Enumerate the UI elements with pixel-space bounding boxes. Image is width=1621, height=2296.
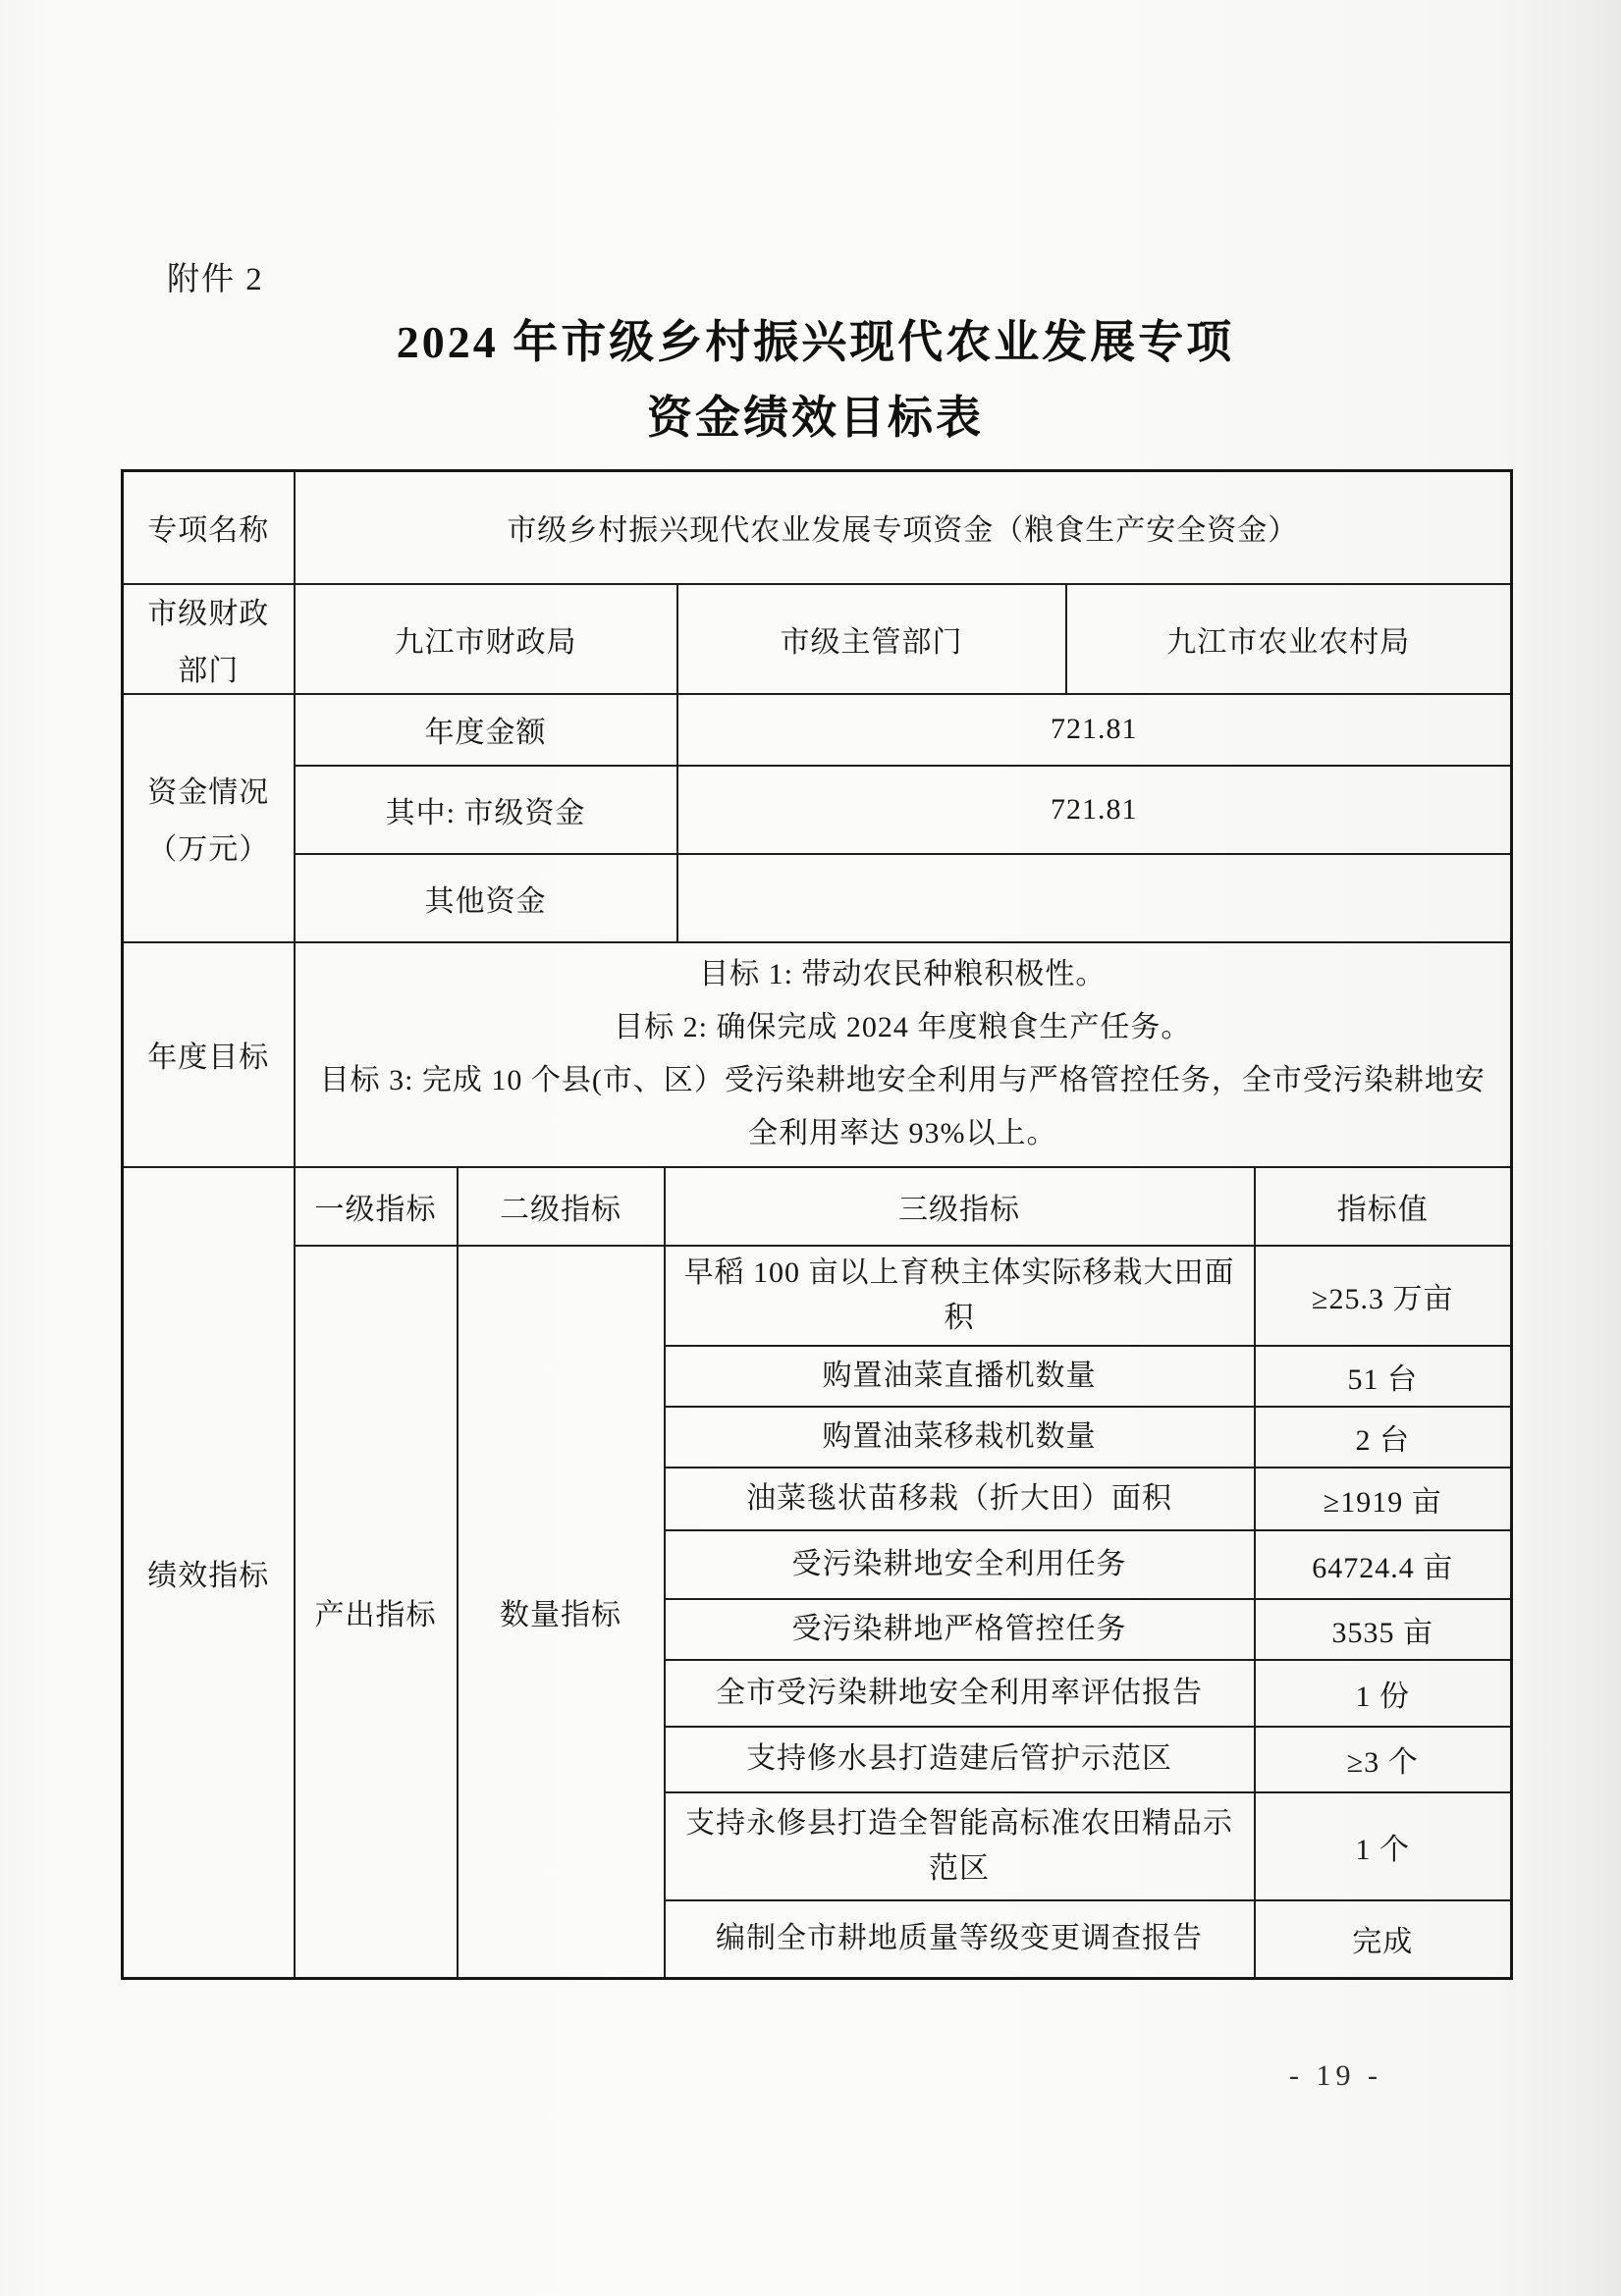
funds-row-other: 其他资金 — [123, 854, 1512, 942]
header-level3: 三级指标 — [665, 1167, 1255, 1246]
indicator-value: ≥25.3 万亩 — [1255, 1246, 1512, 1346]
header-level1: 一级指标 — [295, 1167, 458, 1246]
departments-row: 市级财政 部门 九江市财政局 市级主管部门 九江市农业农村局 — [123, 584, 1512, 694]
goal-item: 目标 3: 完成 10 个县(市、区）受污染耕地安全利用与严格管控任务，全市受污… — [305, 1054, 1501, 1160]
project-name-row: 专项名称 市级乡村振兴现代农业发展专项资金（粮食生产安全资金） — [123, 471, 1512, 584]
indicator-name: 支持修水县打造建后管护示范区 — [665, 1727, 1255, 1792]
indicator-name: 早稻 100 亩以上育秧主体实际移栽大田面积 — [665, 1246, 1255, 1346]
performance-target-table: 专项名称 市级乡村振兴现代农业发展专项资金（粮食生产安全资金） 市级财政 部门 … — [121, 469, 1513, 1980]
annual-goal-row: 年度目标 目标 1: 带动农民种粮积极性。 目标 2: 确保完成 2024 年度… — [123, 942, 1512, 1167]
indicator-name: 购置油菜直播机数量 — [665, 1346, 1255, 1407]
indicator-row: 产出指标 数量指标 早稻 100 亩以上育秧主体实际移栽大田面积 ≥25.3 万… — [123, 1246, 1512, 1346]
level1-cell: 产出指标 — [295, 1246, 458, 1979]
indicator-name: 受污染耕地严格管控任务 — [665, 1599, 1255, 1660]
project-name-value: 市级乡村振兴现代农业发展专项资金（粮食生产安全资金） — [295, 471, 1512, 584]
performance-label: 绩效指标 — [123, 1167, 295, 1979]
competent-dept-value: 九江市农业农村局 — [1066, 584, 1512, 694]
document-page: 附件 2 2024 年市级乡村振兴现代农业发展专项 资金绩效目标表 专项名称 市… — [0, 0, 1621, 2296]
annual-goal-content: 目标 1: 带动农民种粮积极性。 目标 2: 确保完成 2024 年度粮食生产任… — [295, 942, 1512, 1167]
funds-other-label: 其他资金 — [295, 854, 677, 942]
funds-label: 资金情况 （万元） — [123, 694, 295, 942]
funds-row-annual: 资金情况 （万元） 年度金额 721.81 — [123, 694, 1512, 766]
indicator-name: 油菜毯状苗移栽（折大田）面积 — [665, 1468, 1255, 1530]
header-level2: 二级指标 — [458, 1167, 665, 1246]
indicator-value: 64724.4 亩 — [1255, 1530, 1512, 1599]
doc-title-line2: 资金绩效目标表 — [121, 380, 1510, 455]
funds-row-municipal: 其中: 市级资金 721.81 — [123, 766, 1512, 854]
indicator-header-row: 绩效指标 一级指标 二级指标 三级指标 指标值 — [123, 1167, 1512, 1246]
header-value: 指标值 — [1255, 1167, 1512, 1246]
indicator-name: 全市受污染耕地安全利用率评估报告 — [665, 1660, 1255, 1727]
competent-dept-label: 市级主管部门 — [677, 584, 1066, 694]
indicator-value: 1 个 — [1255, 1792, 1512, 1900]
indicator-name: 购置油菜移栽机数量 — [665, 1407, 1255, 1468]
indicator-value: ≥1919 亩 — [1255, 1468, 1512, 1530]
funds-municipal-value: 721.81 — [677, 766, 1512, 854]
indicator-value: 2 台 — [1255, 1407, 1512, 1468]
level2-cell: 数量指标 — [458, 1246, 665, 1979]
page-number: - 19 - — [1289, 2059, 1382, 2093]
indicator-value: 完成 — [1255, 1900, 1512, 1979]
funds-annual-value: 721.81 — [677, 694, 1512, 766]
indicator-value: ≥3 个 — [1255, 1727, 1512, 1792]
project-name-label: 专项名称 — [123, 471, 295, 584]
goal-item: 目标 2: 确保完成 2024 年度粮食生产任务。 — [305, 1001, 1501, 1054]
indicator-value: 3535 亩 — [1255, 1599, 1512, 1660]
funds-other-value — [677, 854, 1512, 942]
finance-dept-label: 市级财政 部门 — [123, 584, 295, 694]
indicator-name: 受污染耕地安全利用任务 — [665, 1530, 1255, 1599]
doc-title: 2024 年市级乡村振兴现代农业发展专项 资金绩效目标表 — [121, 304, 1510, 455]
funds-municipal-label: 其中: 市级资金 — [295, 766, 677, 854]
doc-title-line1: 2024 年市级乡村振兴现代农业发展专项 — [121, 304, 1510, 380]
indicator-name: 支持永修县打造全智能高标准农田精品示范区 — [665, 1792, 1255, 1900]
goal-item: 目标 1: 带动农民种粮积极性。 — [305, 948, 1501, 1001]
indicator-value: 1 份 — [1255, 1660, 1512, 1727]
attachment-label: 附件 2 — [167, 253, 264, 299]
annual-goal-label: 年度目标 — [123, 942, 295, 1167]
indicator-value: 51 台 — [1255, 1346, 1512, 1407]
funds-annual-label: 年度金额 — [295, 694, 677, 766]
indicator-name: 编制全市耕地质量等级变更调查报告 — [665, 1900, 1255, 1979]
finance-dept-value: 九江市财政局 — [295, 584, 677, 694]
